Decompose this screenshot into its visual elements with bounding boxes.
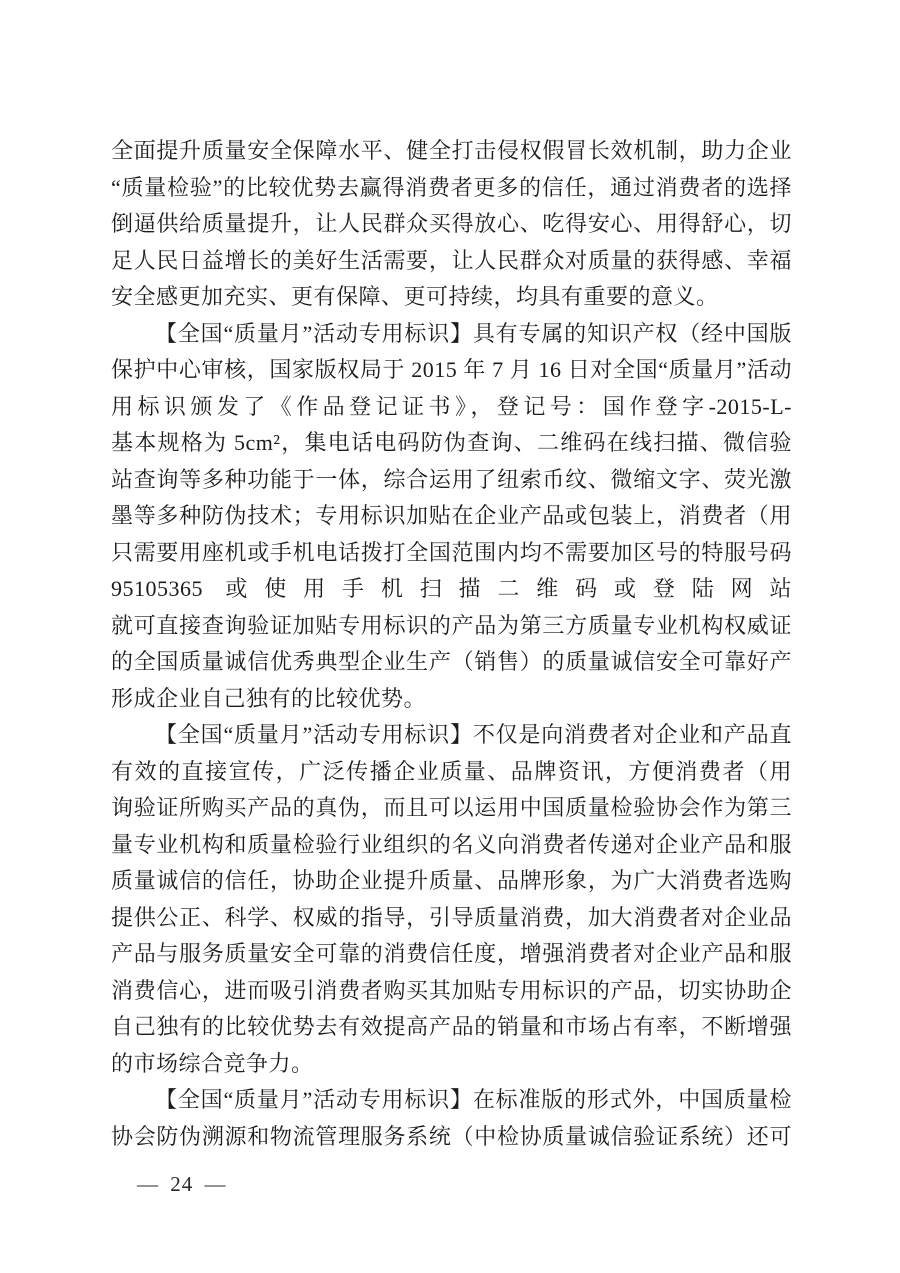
text-line: 提供公正、科学、权威的指导，引导质量消费，加大消费者对企业品牌和: [111, 900, 792, 937]
text-line: 安全感更加充实、更有保障、更可持续，均具有重要的意义。: [111, 279, 792, 316]
text-line: 消费信心，进而吸引消费者购买其加贴专用标识的产品，切实协助企业以: [111, 973, 792, 1010]
text-line: 的市场综合竞争力。: [111, 1046, 792, 1083]
text-line: 质量诚信的信任，协助企业提升质量、品牌形象，为广大消费者选购产品: [111, 863, 792, 900]
text-line: 【全国“质量月”活动专用标识】具有专属的知识产权（经中国版权: [111, 316, 792, 353]
text-line: 【全国“质量月”活动专用标识】在标准版的形式外，中国质量检验: [111, 1082, 792, 1119]
text-line: 的全国质量诚信优秀典型企业生产（销售）的质量诚信安全可靠好产品，: [111, 644, 792, 681]
text-line: 基本规格为 5cm²，集电话电码防伪查询、二维码在线扫描、微信验证、网: [111, 425, 792, 462]
text-line: 【全国“质量月”活动专用标识】不仅是向消费者对企业和产品直观: [111, 717, 792, 754]
text-line: 全面提升质量安全保障水平、健全打击侵权假冒长效机制，助力企业通过: [111, 133, 792, 170]
text-line: 站查询等多种功能于一体，综合运用了纽索币纹、微缩文字、荧光激发油: [111, 462, 792, 499]
text-line: 墨等多种防伪技术；专用标识加贴在企业产品或包装上，消费者（用户）: [111, 498, 792, 535]
page-footer: — 24 —: [137, 1172, 227, 1196]
text-line: 协会防伪溯源和物流管理服务系统（中检协质量诚信验证系统）还可向: [111, 1119, 792, 1156]
text-line: 询验证所购买产品的真伪，而且可以运用中国质量检验协会作为第三方质: [111, 790, 792, 827]
text-line: 保护中心审核，国家版权局于 2015 年 7 月 16 日对全国“质量月”活动专: [111, 352, 792, 389]
text-line: 形成企业自己独有的比较优势。: [111, 681, 792, 718]
text-line: 有效的直接宣传，广泛传播企业质量、品牌资讯，方便消费者（用户）查: [111, 754, 792, 791]
text-line: 用标识颁发了《作品登记证书》，登记号：国作登字-2015-L-00188457）…: [111, 389, 792, 426]
text-line: 自己独有的比较优势去有效提高产品的销量和市场占有率，不断增强企业: [111, 1009, 792, 1046]
text-line: 95105365 或使用手机扫描二维码或登陆网站（http://www.1236…: [111, 571, 792, 608]
text-line: 产品与服务质量安全可靠的消费信任度，增强消费者对企业产品和服务的: [111, 936, 792, 973]
text-line: 就可直接查询验证加贴专用标识的产品为第三方质量专业机构权威证明: [111, 608, 792, 645]
text-line: “质量检验”的比较优势去赢得消费者更多的信任，通过消费者的选择去: [111, 170, 792, 207]
text-line: 量专业机构和质量检验行业组织的名义向消费者传递对企业产品和服务: [111, 827, 792, 864]
document-page: 全面提升质量安全保障水平、健全打击侵权假冒长效机制，助力企业通过“质量检验”的比…: [0, 0, 900, 1273]
document-text-body: 全面提升质量安全保障水平、健全打击侵权假冒长效机制，助力企业通过“质量检验”的比…: [111, 133, 792, 1155]
text-line: 倒逼供给质量提升，让人民群众买得放心、吃得安心、用得舒心，切实满: [111, 206, 792, 243]
text-line: 只需要用座机或手机电话拨打全国范围内均不需要加区号的特服号码: [111, 535, 792, 572]
page-number: — 24 —: [137, 1172, 227, 1196]
text-line: 足人民日益增长的美好生活需要，让人民群众对质量的获得感、幸福感、: [111, 243, 792, 280]
